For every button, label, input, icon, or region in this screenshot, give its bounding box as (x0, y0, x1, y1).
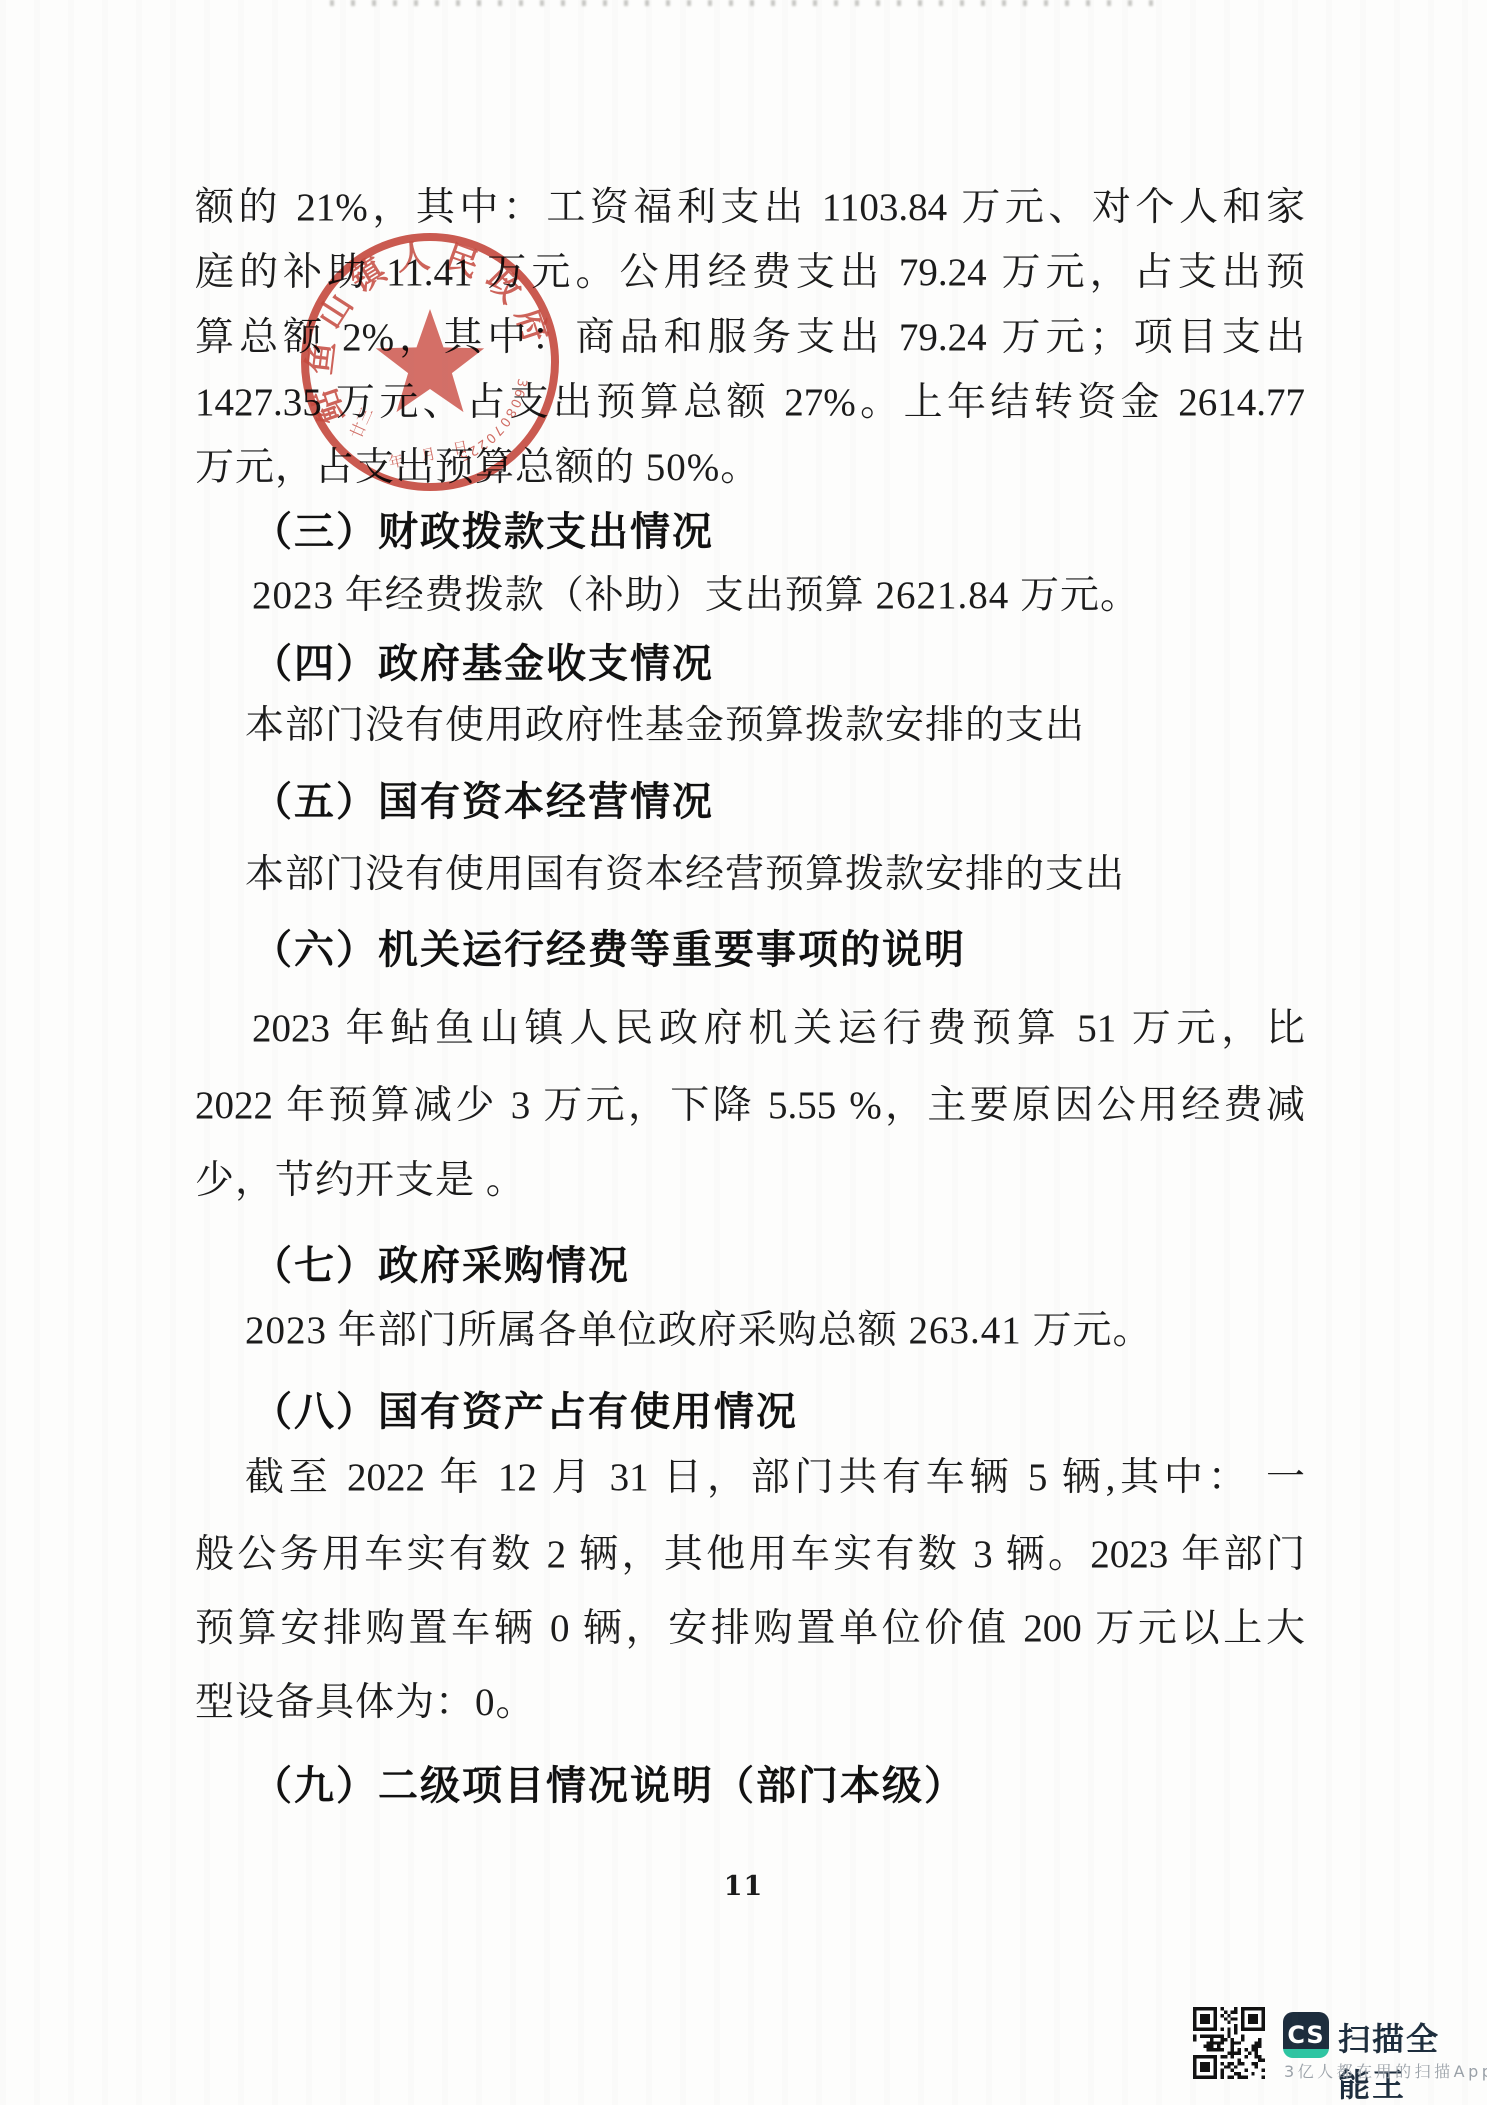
body-text-line: 2023 年经费拨款（补助）支出预算 2621.84 万元。 (195, 573, 1305, 620)
scanner-app-watermark: CS 扫描全能王 3亿人都在用的扫描App (1190, 2003, 1470, 2093)
section-heading: （四）政府基金收支情况 (195, 640, 1305, 688)
body-text-line: 本部门没有使用政府性基金预算拨款安排的支出 (195, 703, 1305, 750)
body-text-line: 2022 年预算减少 3 万元，下降 5.55 %，主要原因公用经费减 (195, 1083, 1305, 1130)
body-text-line: 2023 年鲇鱼山镇人民政府机关运行费预算 51 万元，比 (195, 1006, 1305, 1053)
page-number: 11 (0, 1871, 1487, 1902)
section-heading: （五）国有资本经营情况 (195, 778, 1305, 826)
body-text-line: 1427.35 万元、占支出预算总额 27%。上年结转资金 2614.77 (195, 380, 1305, 427)
document-text-layer: 额的 21%，其中：工资福利支出 1103.84 万元、对个人和家庭的补助 11… (0, 0, 1487, 2105)
body-text-line: 预算安排购置车辆 0 辆，安排购置单位价值 200 万元以上大 (195, 1606, 1305, 1653)
body-text-line: 截至 2022 年 12 月 31 日，部门共有车辆 5 辆,其中： 一 (195, 1455, 1305, 1502)
section-heading: （三）财政拨款支出情况 (195, 508, 1305, 556)
body-text-line: 本部门没有使用国有资本经营预算拨款安排的支出 (195, 852, 1305, 899)
body-text-line: 算总额 2%，其中：商品和服务支出 79.24 万元；项目支出 (195, 315, 1305, 362)
section-heading: （六）机关运行经费等重要事项的说明 (195, 926, 1305, 974)
body-text-line: 庭的补助 11.41 万元。公用经费支出 79.24 万元，占支出预 (195, 250, 1305, 297)
scanned-document-page: { "document": { "lines": [ {"type":"body… (0, 0, 1487, 2105)
body-text-line: 般公务用车实有数 2 辆，其他用车实有数 3 辆。2023 年部门 (195, 1532, 1305, 1579)
section-heading: （七）政府采购情况 (195, 1242, 1305, 1290)
section-heading: （八）国有资产占有使用情况 (195, 1388, 1305, 1436)
section-heading: （九）二级项目情况说明（部门本级） (195, 1762, 1305, 1810)
body-text-line: 万元，占支出预算总额的 50%。 (195, 445, 1305, 492)
body-text-line: 额的 21%，其中：工资福利支出 1103.84 万元、对个人和家 (195, 185, 1305, 232)
body-text-line: 型设备具体为：0。 (195, 1680, 1305, 1727)
qr-code (1193, 2007, 1265, 2079)
body-text-line: 少，节约开支是 。 (195, 1158, 1305, 1205)
cs-app-logo-icon: CS (1283, 2012, 1329, 2058)
scanner-app-tagline: 3亿人都在用的扫描App (1284, 2059, 1487, 2082)
body-text-line: 2023 年部门所属各单位政府采购总额 263.41 万元。 (195, 1308, 1305, 1355)
